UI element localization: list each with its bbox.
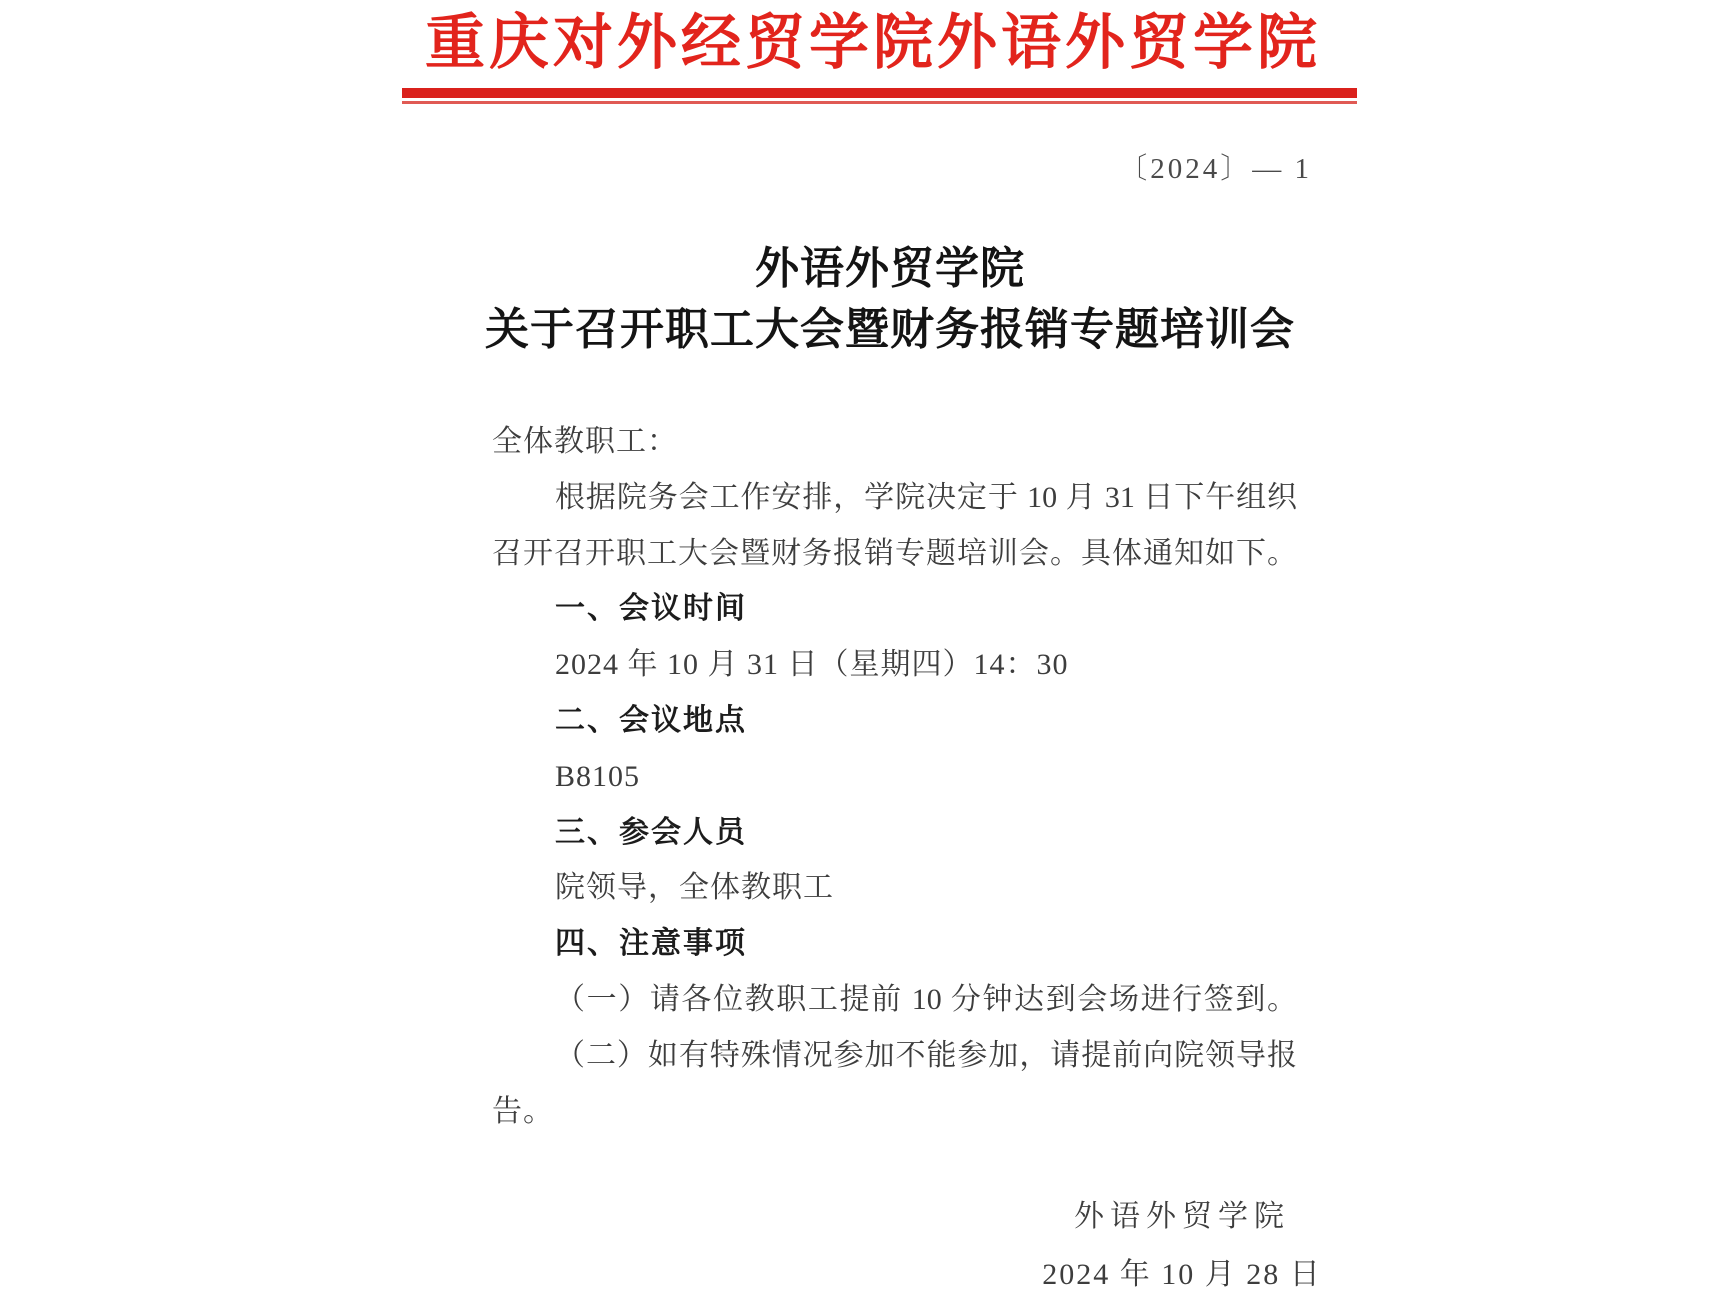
meeting-time-value: 2024 年 10 月 31 日（星期四）14：30 (555, 637, 1297, 693)
note-item-2-line1: （二）如有特殊情况参加不能参加，请提前向院领导报 (555, 1028, 1297, 1084)
section-heading-notes: 四、注意事项 (555, 916, 1297, 972)
letterhead-title: 重庆对外经贸学院外语外贸学院 (373, 4, 1373, 82)
letterhead-rule (402, 88, 1357, 104)
paragraph-line-2: 召开召开职工大会暨财务报销专题培训会。具体通知如下。 (492, 526, 1297, 582)
document-page: 重庆对外经贸学院外语外贸学院 〔2024〕— 1 外语外贸学院 关于召开职工大会… (0, 0, 1724, 1293)
attendees-value: 院领导，全体教职工 (555, 860, 1297, 916)
letterhead-rule-thin (402, 101, 1357, 104)
document-title-line2: 关于召开职工大会暨财务报销专题培训会 (390, 299, 1390, 360)
letterhead-rule-thick (402, 88, 1357, 98)
salutation: 全体教职工： (492, 414, 1297, 470)
signature-name: 外语外贸学院 (1032, 1198, 1332, 1236)
section-heading-attendees: 三、参会人员 (555, 805, 1297, 861)
note-item-2-line2: 告。 (492, 1084, 1297, 1140)
document-number: 〔2024〕— 1 (390, 146, 1312, 187)
meeting-location-value: B8105 (555, 749, 1297, 805)
section-heading-meeting-location: 二、会议地点 (555, 693, 1297, 749)
signature-date: 2024 年 10 月 28 日 (1032, 1256, 1332, 1293)
note-item-1: （一）请各位教职工提前 10 分钟达到会场进行签到。 (555, 972, 1297, 1028)
section-heading-meeting-time: 一、会议时间 (555, 581, 1297, 637)
signature-block: 外语外贸学院 2024 年 10 月 28 日 (1032, 1198, 1332, 1293)
document-title-line1: 外语外贸学院 (390, 238, 1390, 299)
document-body: 全体教职工： 根据院务会工作安排，学院决定于 10 月 31 日下午组织 召开召… (492, 414, 1297, 1139)
paragraph-line-1: 根据院务会工作安排，学院决定于 10 月 31 日下午组织 (555, 470, 1297, 526)
document-title: 外语外贸学院 关于召开职工大会暨财务报销专题培训会 (390, 238, 1390, 360)
